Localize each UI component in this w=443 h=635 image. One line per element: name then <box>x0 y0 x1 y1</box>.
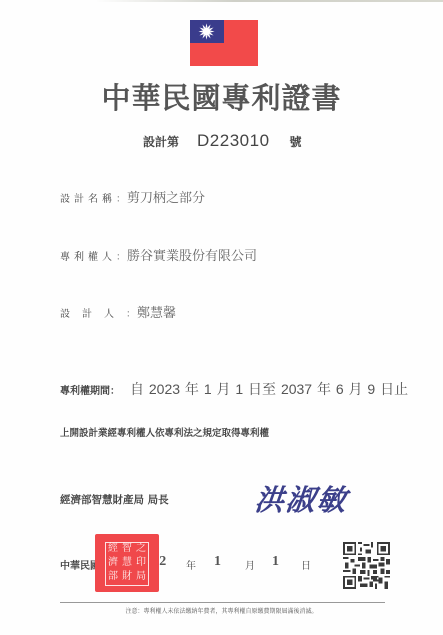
field-designer: 設計人 ： 鄭慧馨 <box>60 302 176 321</box>
issue-date-day: 1 <box>272 554 279 570</box>
patentee-label: 專利權人 <box>60 248 116 263</box>
scan-edge <box>95 0 443 2</box>
design-name-colon: ： <box>116 190 126 205</box>
designer-colon: ： <box>126 305 136 320</box>
footer-divider <box>60 602 385 603</box>
seal-char: 財 <box>120 571 134 585</box>
flag-canton <box>190 20 224 43</box>
cert-number-suffix: 號 <box>290 133 302 150</box>
patent-period-value: 自 2023 年 1 月 1 日至 2037 年 6 月 9 日止 <box>130 379 408 399</box>
issue-date-era: 中華民國 <box>60 557 100 572</box>
cert-number-value: D223010 <box>197 131 270 151</box>
seal-char: 部 <box>106 571 120 585</box>
issue-date-year-unit: 年 <box>186 557 196 572</box>
qr-code-icon <box>343 542 390 589</box>
seal-char: 智 <box>120 543 134 557</box>
white-sun-icon <box>198 23 215 40</box>
designer-label: 設計人 <box>60 305 126 320</box>
annuity-notice: 注意：專利權人未依法繳納年費者，其專利權自原繳費期限屆滿後消滅。 <box>0 606 443 615</box>
grant-statement: 上開設計業經專利權人依專利法之規定取得專利權 <box>60 425 269 439</box>
roc-flag <box>190 20 258 66</box>
seal-char: 慧 <box>120 557 134 571</box>
seal-char: 印 <box>134 557 148 571</box>
design-name-label: 設計名稱 <box>60 190 116 205</box>
seal-char: 局 <box>134 571 148 585</box>
director-signature: 洪淑敏 <box>253 478 350 519</box>
official-seal: 經 智 之 濟 慧 印 部 財 局 <box>95 534 159 592</box>
certificate-title: 中華民國專利證書 <box>0 76 443 117</box>
patentee-value: 勝谷實業股份有限公司 <box>127 245 257 264</box>
seal-char: 之 <box>134 543 148 557</box>
field-patentee: 專利權人 ： 勝谷實業股份有限公司 <box>60 245 257 264</box>
issuing-authority: 經濟部智慧財產局 局長 <box>60 492 169 507</box>
seal-char: 濟 <box>106 557 120 571</box>
seal-inscription: 經 智 之 濟 慧 印 部 財 局 <box>105 542 149 586</box>
design-name-value: 剪刀柄之部分 <box>127 187 205 206</box>
field-design-name: 設計名稱 ： 剪刀柄之部分 <box>60 187 205 206</box>
issue-date-day-unit: 日 <box>301 557 311 572</box>
patent-period-label: 專利權期間： <box>60 382 120 397</box>
seal-char: 經 <box>106 543 120 557</box>
cert-number-prefix: 設計第 <box>143 133 179 150</box>
issue-date-month-unit: 月 <box>245 557 255 572</box>
patent-certificate: 中華民國專利證書 設計第 D223010 號 設計名稱 ： 剪刀柄之部分 專利權… <box>0 0 443 635</box>
patentee-colon: ： <box>116 248 126 263</box>
issue-date-month: 1 <box>214 554 221 570</box>
patent-period: 專利權期間： 自 2023 年 1 月 1 日至 2037 年 6 月 9 日止 <box>60 379 408 399</box>
certificate-number: 設計第 D223010 號 <box>143 131 302 151</box>
designer-value: 鄭慧馨 <box>137 302 176 321</box>
